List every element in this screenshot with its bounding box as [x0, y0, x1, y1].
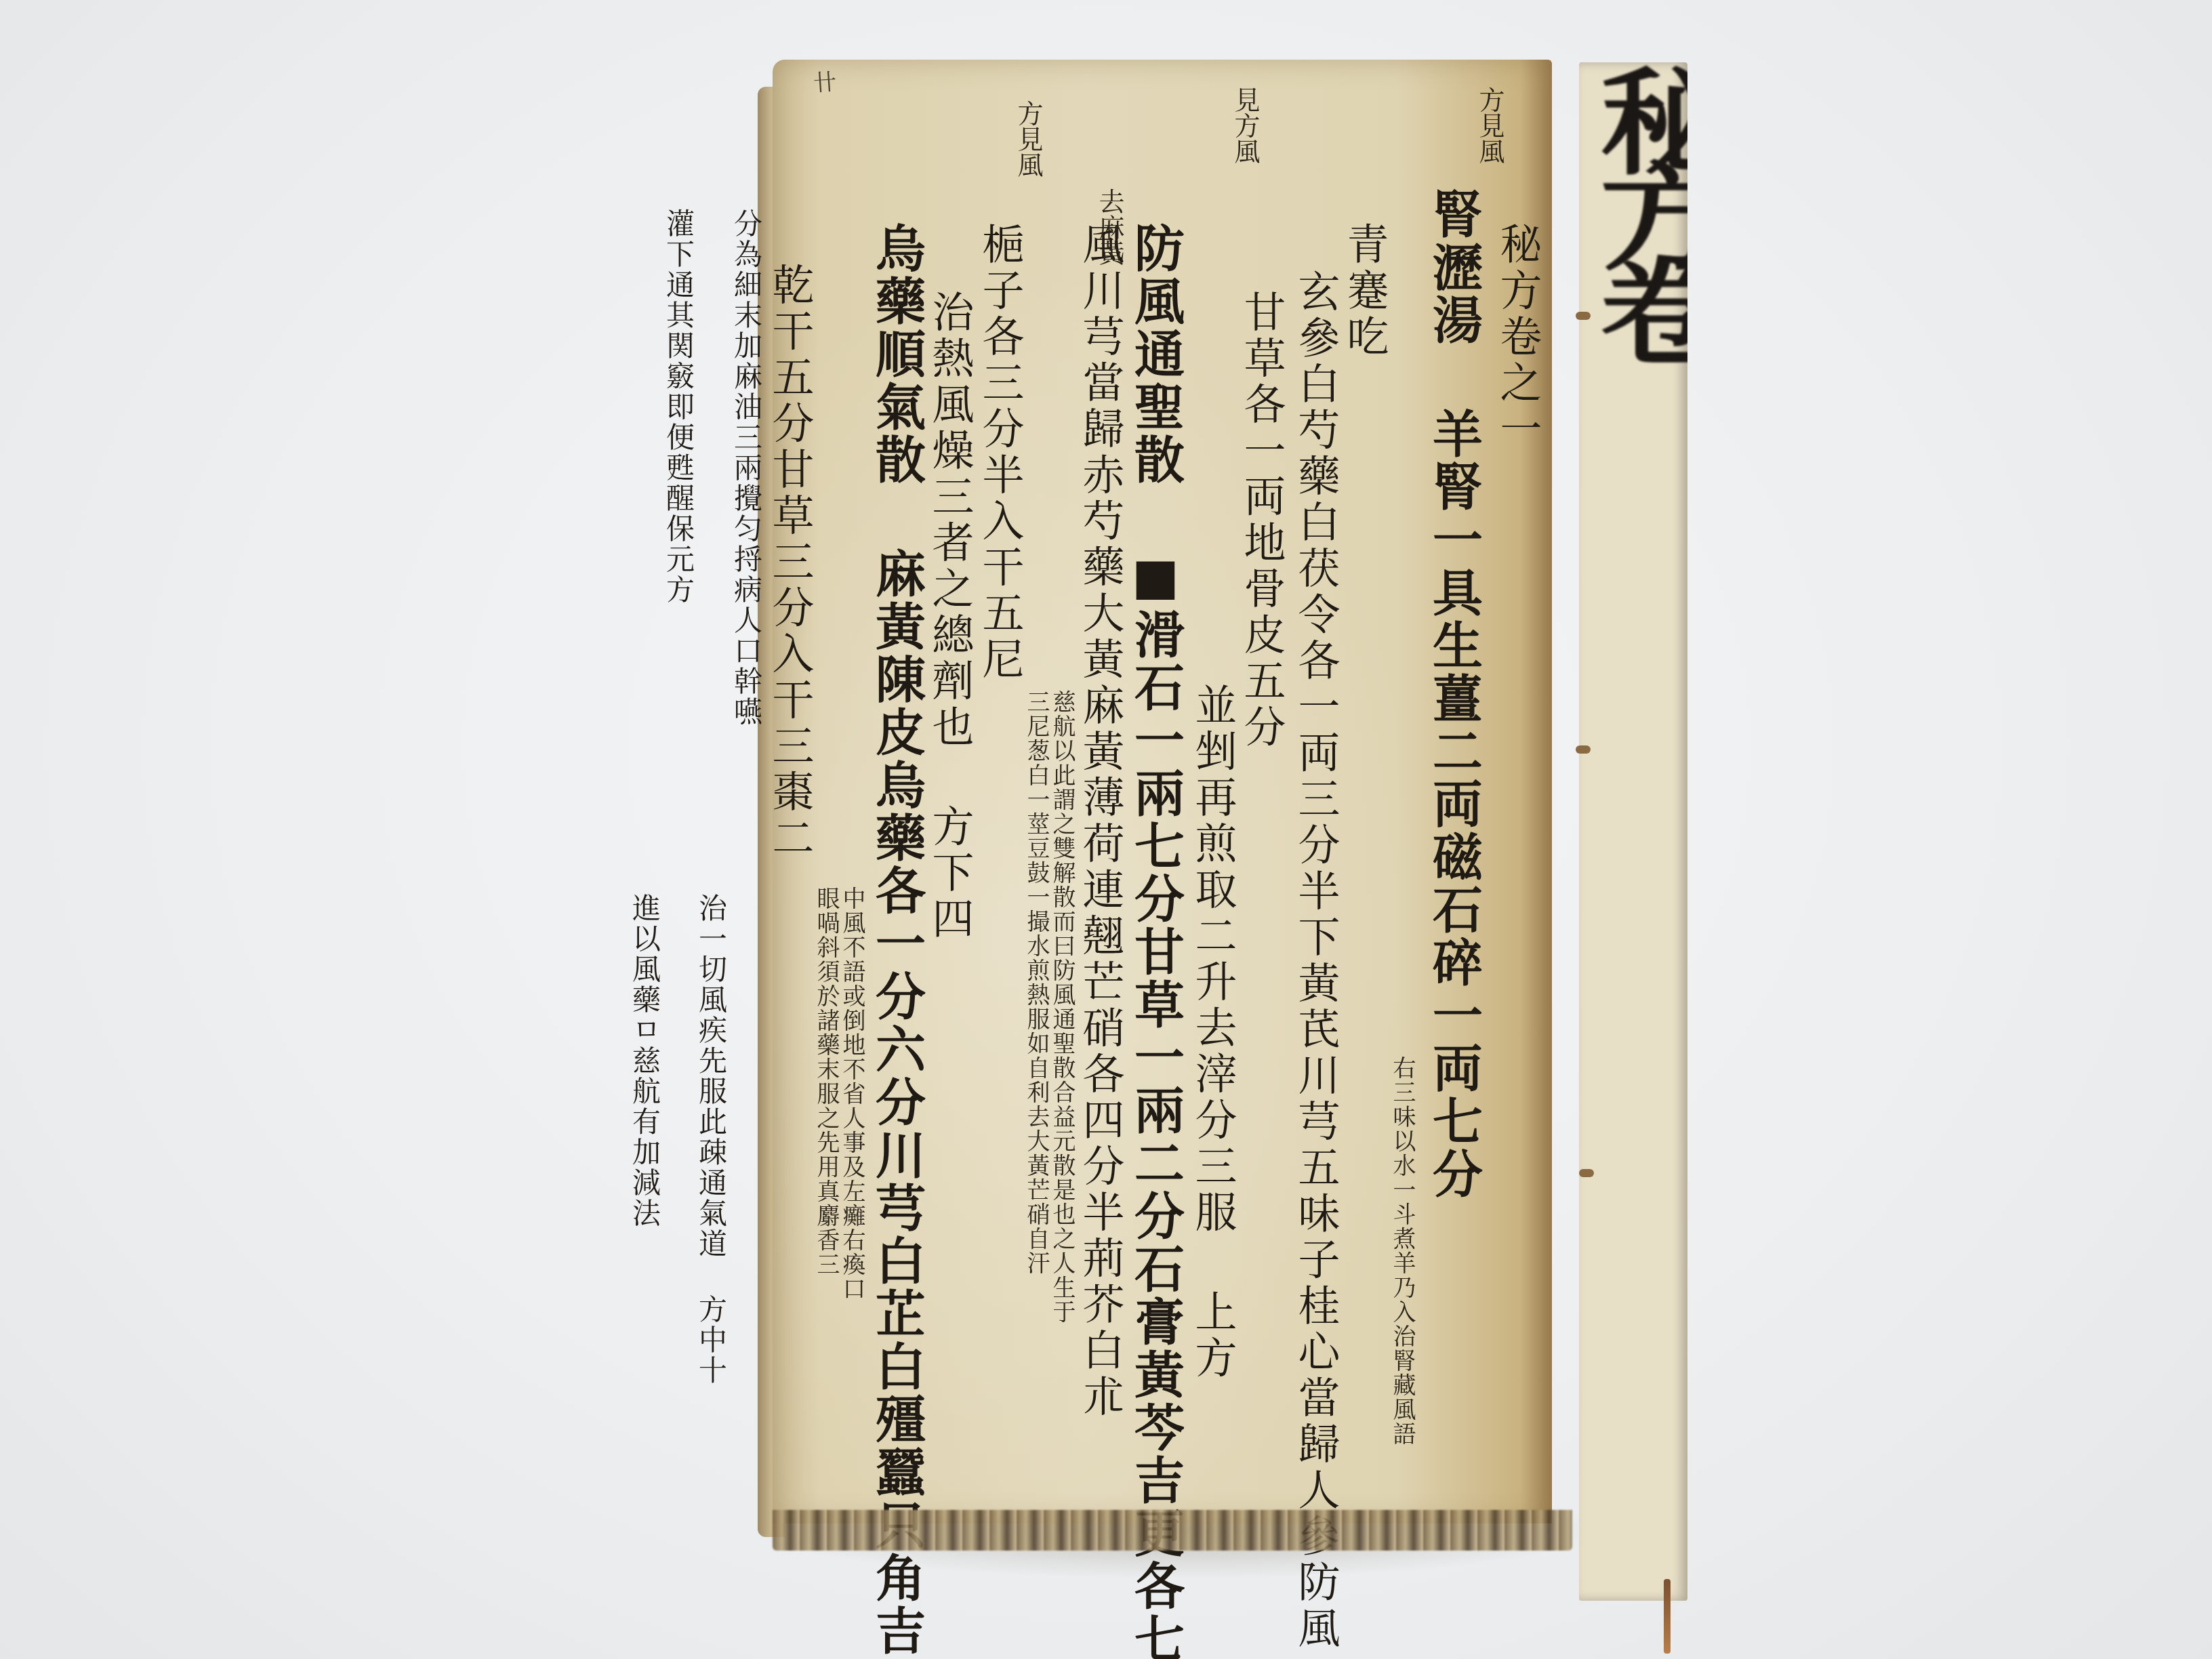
binding-stitch [1579, 1169, 1594, 1177]
annotation-column: 眼喎斜須於諸藥末服之先用真麝香三 [815, 886, 838, 1496]
volume-title: 秘方卷之一 [1496, 222, 1538, 1496]
prescription-title-shenli-tang: 腎瀝湯 羊腎一具生薑二両磁石碎一両七分 [1429, 188, 1479, 1496]
prescription-title-fangfeng-tongsheng-san: 防風通聖散 ■滑石一兩七分甘草一兩二分石膏黃芩吉更各七分防 [1130, 222, 1181, 1496]
page-block-edge [773, 1510, 1572, 1551]
ingredients-column: 梔子各三分半入干五尼 [979, 222, 1021, 1496]
ingredients-column: 乾干五分甘草三分入干三棗二 [769, 263, 811, 1496]
manuscript-page: 卄 秘方卷之一 腎瀝湯 羊腎一具生薑二両磁石碎一両七分 右三味以水一斗煮羊乃入治… [773, 60, 1552, 1523]
binding-stitch [1576, 745, 1591, 754]
annotation-column: 進以風藥ㅁ慈航有加減法 [630, 893, 659, 1496]
ingredients-column: 甘草各一両地骨皮五分 [1240, 290, 1282, 1496]
binding-stitch [1576, 312, 1591, 320]
instructions-column: 分為細末加麻油三兩攪匀捋病人口幹嚥 [732, 209, 760, 1496]
bound-book: 卄 秘方卷之一 腎瀝湯 羊腎一具生薑二両磁石碎一両七分 右三味以水一斗煮羊乃入治… [758, 60, 1591, 1571]
margin-note: 去麻黃 [1091, 188, 1128, 266]
ingredients-column: 風川芎當歸赤芍藥大黃麻黃薄荷連翹芒硝各四分半荊芥白朮 [1079, 222, 1121, 1496]
text-columns: 秘方卷之一 腎瀝湯 羊腎一具生薑二両磁石碎一両七分 右三味以水一斗煮羊乃入治腎藏… [820, 87, 1538, 1496]
instructions-column: 並剉再煎取二升去滓分三服 上方 [1191, 683, 1233, 1496]
instructions-column: 治一切風疾先服此疎通氣道 方中十 [697, 893, 725, 1496]
annotation-column: 中風不語或倒地不省人事及左癱右瘓口 [840, 886, 863, 1496]
margin-note: 方見風 [1471, 87, 1509, 164]
annotation-column: 三尼葱白一莖豆鼓一撮水煎熱服如自利去大黃芒硝自汗 [1025, 690, 1048, 1496]
margin-note: 見方風 [1227, 87, 1264, 164]
prescription-title-wuyao-shunqi-san: 烏藥順氣散 麻黃陳皮烏藥各一分六分川芎白芷白殭蠶只角吉更各 [872, 222, 922, 1496]
margin-note: 方見風 [1010, 100, 1047, 178]
book-spine-cover: 秘方卷 [1579, 62, 1687, 1601]
prescription-text: 腎瀝湯 羊腎一具生薑二両磁石碎一両七分 [1425, 188, 1483, 1201]
annotation-column: 右三味以水一斗煮羊乃入治腎藏風語 [1391, 1056, 1414, 1496]
spine-calligraphy: 秘方卷 [1579, 62, 1687, 347]
indication-column: 治熱風燥三者之總劑也 方下四 [928, 290, 970, 1496]
binding-thread [1664, 1579, 1671, 1654]
instructions-column: 灌下通其関竅即便甦醒保元方 [664, 209, 693, 1496]
annotation-column: 慈航以此謂之雙解散而曰防風通聖散合益元散是也之人生于 [1050, 690, 1073, 1496]
ingredients-column: 玄參白芍藥白茯令各一両三分半下黃芪川芎五味子桂心當歸人參防風 [1294, 270, 1336, 1496]
indication-column: 青蹇吃 [1343, 222, 1385, 1496]
